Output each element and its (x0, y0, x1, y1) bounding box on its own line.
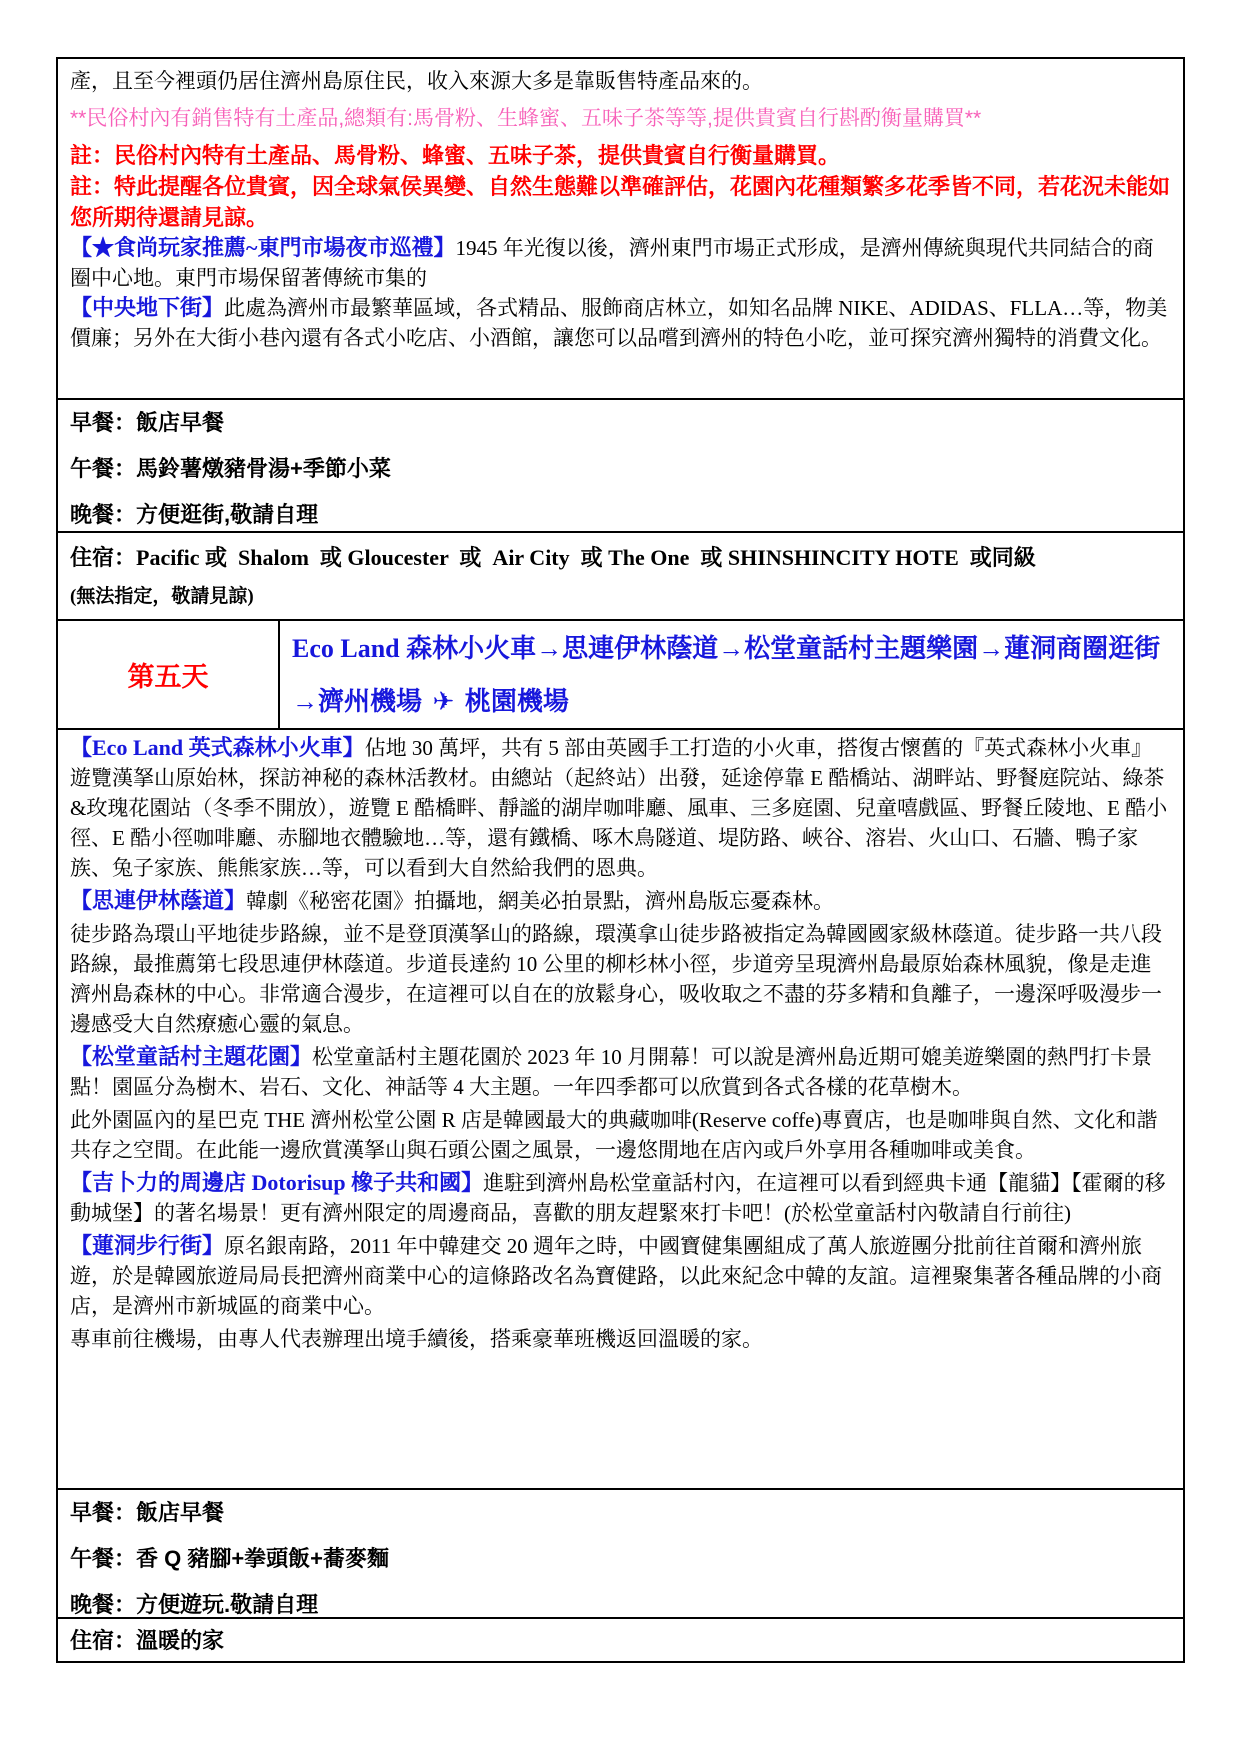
day4-hotel-cell: 住宿：Pacific 或 Shalom 或 Gloucester 或 Air C… (58, 531, 1183, 619)
itinerary-table: 產，且至今裡頭仍居住濟州島原住民，收入來源大多是靠販售特產品來的。 **民俗村內… (56, 57, 1185, 1663)
airplane-icon: ✈ (429, 687, 459, 717)
spot-title: 【思連伊林蔭道】 (70, 888, 246, 913)
day5-header-row: 第五天 Eco Land 森林小火車→思連伊林蔭道→松堂童話村主題樂園→蓮洞商圈… (58, 619, 1183, 728)
day-label: 第五天 (128, 655, 209, 694)
day5-paragraph-ecoland: 【Eco Land 英式森林小火車】佔地 30 萬坪，共有 5 部由英國手工打造… (70, 733, 1171, 883)
spot-title: 【松堂童話村主題花園】 (70, 1044, 312, 1069)
day5-hotel-line: 住宿：溫暖的家 (70, 1626, 1171, 1656)
spot-text: 原名銀南路，2011 年中韓建交 20 週年之時，中國寶健集團組成了萬人旅遊團分… (70, 1234, 1162, 1318)
route-text-after: 桃園機場 (458, 687, 569, 716)
day4-notes-cell: 產，且至今裡頭仍居住濟州島原住民，收入來源大多是靠販售特產品來的。 **民俗村內… (58, 59, 1183, 398)
day5-meals-cell: 早餐：飯店早餐 午餐：香 Q 豬腳+拳頭飯+蕎麥麵 晚餐：方便遊玩.敬請自理 (58, 1488, 1183, 1617)
spot-text: 此處為濟州市最繁華區域，各式精品、服飾商店林立，如知名品牌 NIKE、ADIDA… (70, 296, 1167, 350)
day4-meal-breakfast: 早餐：飯店早餐 (70, 408, 1171, 438)
day5-meal-lunch: 午餐：香 Q 豬腳+拳頭飯+蕎麥麵 (70, 1544, 1171, 1574)
day4-intro-text: 產，且至今裡頭仍居住濟州島原住民，收入來源大多是靠販售特產品來的。 (70, 66, 1171, 96)
day5-paragraph-yeondong: 【蓮洞步行街】原名銀南路，2011 年中韓建交 20 週年之時，中國寶健集團組成… (70, 1231, 1171, 1321)
warning-note-2: 註：特此提醒各位貴賓，因全球氣侯異變、自然生態難以準確評估，花園內花種類繁多花季… (70, 171, 1171, 233)
day4-spot-underground-street: 【中央地下街】此處為濟州市最繁華區域，各式精品、服飾商店林立，如知名品牌 NIK… (70, 293, 1171, 353)
day5-paragraph-saryeoni-2: 徒步路為環山平地徒步路線，並不是登頂漢拏山的路線，環漢拿山徒步路被指定為韓國國家… (70, 919, 1171, 1039)
day5-meal-breakfast: 早餐：飯店早餐 (70, 1498, 1171, 1528)
day5-label-cell: 第五天 (58, 621, 280, 728)
day5-paragraph-songdang-2: 此外園區內的星巴克 THE 濟州松堂公園 R 店是韓國最大的典藏咖啡(Reser… (70, 1105, 1171, 1165)
day4-hotel-line: 住宿：Pacific 或 Shalom 或 Gloucester 或 Air C… (70, 543, 1171, 573)
spot-text: 此外園區內的星巴克 THE 濟州松堂公園 R 店是韓國最大的典藏咖啡(Reser… (70, 1108, 1157, 1162)
spot-text: 徒步路為環山平地徒步路線，並不是登頂漢拏山的路線，環漢拿山徒步路被指定為韓國國家… (70, 922, 1162, 1036)
spot-title: 【蓮洞步行街】 (70, 1233, 224, 1258)
day5-hotel-cell: 住宿：溫暖的家 (58, 1617, 1183, 1661)
day4-meal-dinner: 晚餐：方便逛街,敬請自理 (70, 500, 1171, 530)
spot-title: 【吉卜力的周邊店 Dotorisup 橡子共和國】 (70, 1170, 483, 1195)
day5-description-cell: 【Eco Land 英式森林小火車】佔地 30 萬坪，共有 5 部由英國手工打造… (58, 728, 1183, 1488)
spot-text: 專車前往機場，由專人代表辦理出境手續後，搭乘豪華班機返回溫暖的家。 (70, 1327, 763, 1351)
day5-paragraph-dotorisup: 【吉卜力的周邊店 Dotorisup 橡子共和國】進駐到濟州島松堂童話村內，在這… (70, 1168, 1171, 1228)
day5-paragraph-songdang: 【松堂童話村主題花園】松堂童話村主題花園於 2023 年 10 月開幕！可以說是… (70, 1042, 1171, 1102)
day5-paragraph-saryeoni: 【思連伊林蔭道】韓劇《秘密花園》拍攝地，網美必拍景點，濟州島版忘憂森林。 (70, 886, 1171, 916)
spot-text: 韓劇《秘密花園》拍攝地，網美必拍景點，濟州島版忘憂森林。 (246, 889, 834, 913)
day4-meals-cell: 早餐：飯店早餐 午餐：馬鈴薯燉豬骨湯+季節小菜 晚餐：方便逛街,敬請自理 (58, 398, 1183, 531)
spot-title: 【★食尚玩家推薦~東門市場夜市巡禮】 (70, 235, 455, 260)
spot-title: 【Eco Land 英式森林小火車】 (70, 735, 365, 760)
day4-meal-lunch: 午餐：馬鈴薯燉豬骨湯+季節小菜 (70, 454, 1171, 484)
day4-hotel-note: (無法指定，敬請見諒) (70, 585, 1171, 609)
day5-meal-dinner: 晚餐：方便遊玩.敬請自理 (70, 1590, 1171, 1617)
warning-note-1: 註：民俗村內特有土產品、馬骨粉、蜂蜜、五味子茶，提供貴賓自行衡量購買。 (70, 140, 1171, 171)
vendor-note: **民俗村內有銷售特有土產品,總類有:馬骨粉、生蜂蜜、五味子茶等等,提供貴賓自行… (70, 103, 1171, 134)
route-title: Eco Land 森林小火車→思連伊林蔭道→松堂童話村主題樂園→蓮洞商圈逛街→濟… (292, 622, 1173, 728)
day5-paragraph-airport: 專車前往機場，由專人代表辦理出境手續後，搭乘豪華班機返回溫暖的家。 (70, 1324, 1171, 1354)
spot-title: 【中央地下街】 (70, 295, 224, 320)
route-text-before: Eco Land 森林小火車→思連伊林蔭道→松堂童話村主題樂園→蓮洞商圈逛街→濟… (292, 634, 1160, 716)
day5-route-cell: Eco Land 森林小火車→思連伊林蔭道→松堂童話村主題樂園→蓮洞商圈逛街→濟… (280, 621, 1183, 728)
day4-spot-dongmun: 【★食尚玩家推薦~東門市場夜市巡禮】1945 年光復以後，濟州東門市場正式形成，… (70, 233, 1171, 293)
